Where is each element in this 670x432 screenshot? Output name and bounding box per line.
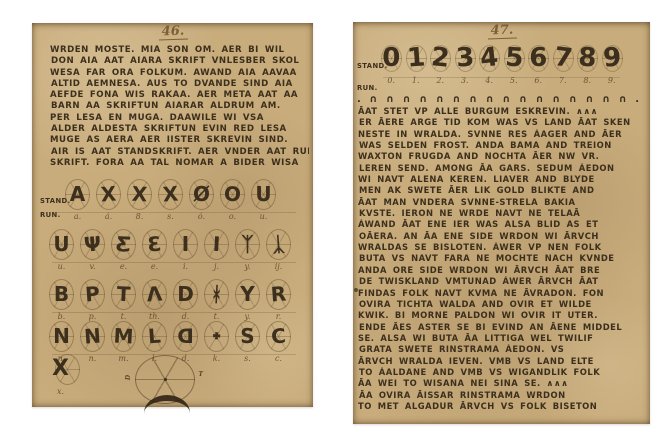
numeral-cell: 99. [600,42,625,90]
left-page: 46. WRDEN MOSTE. MIĀ SON OM. ĀER BI WILD… [32,23,313,407]
stand-glyph: Ɛ [138,227,171,263]
wave-row: .∩∩∩∩∩∩∩∩∩∩∩∩∩∩∩∩. [357,94,649,105]
stand-glyph: 9 [598,41,625,77]
manuscript-line: GRATA SWETE RINSTRAMA ÁEDON. VS [359,344,649,355]
run-glyph: 1. [404,76,429,88]
wheel-cell: ᛣij. [263,228,294,276]
stand-glyph: Ψ [76,227,109,263]
numeral-cell: 77. [551,42,576,90]
run-glyph: m. [108,354,139,366]
margin-dot [354,288,358,292]
run-glyph: c. [263,354,294,366]
manuscript-line: MUGE AS ĀERA ĀER IISTER SKREVIN SIND. [50,135,308,146]
run-glyph: s. [232,354,263,366]
wheel-cell: Oo. [217,178,248,226]
wheel-cell: Øó. [186,178,217,226]
stand-glyph: M [107,319,140,355]
wheel-right-mark: T [199,371,203,378]
wheel-cell: ᛉy. [232,228,263,276]
numeral-cell: 55. [502,42,527,90]
alphabet-row-consonants-1: Bb.Pp.Tt.Ʌth.Dd.ᚼt.Yy.Rr. [46,278,302,326]
numeral-cell: 11. [404,42,429,90]
manuscript-line: OVIRA TICHTA WALDA AND OVIR ET WILDE [359,299,649,310]
stand-glyph: ᗡ [170,320,201,354]
wheel-cell: Uu. [248,178,279,226]
run-glyph: n. [77,354,108,366]
stand-glyph: I [170,228,201,262]
manuscript-line: KVSTE. IERON NE WRDE NAVT NE TELAĀ [359,208,649,219]
run-glyph: 0. [379,76,404,88]
run-glyph: ó. [186,212,217,224]
run-glyph: e. [108,262,139,274]
page-number: 47. [487,23,516,40]
stand-glyph: B [46,278,77,312]
run-glyph: x. [52,387,69,399]
stand-glyph: N [76,319,109,355]
stand-glyph: 8 [574,41,600,76]
stand-glyph: 7 [549,41,577,78]
manuscript-line: MEN AK SWETE ĀER LIK GOLD BLIKTE AND [359,185,649,196]
stand-glyph: Ø [186,178,217,212]
stand-glyph: C [262,319,295,355]
run-glyph: 7. [551,76,576,88]
manuscript-line: ĀAT MAN VNDERA SVNNE-STRELA BAKIA [358,197,648,208]
right-page: 47. STAND. RUN. 00.11.22.33.44.55.66.77.… [353,22,650,424]
manuscript-line: ĀA OVIRA ĀISSAR RINSTRAMA WRDON [359,390,649,401]
alphabet-row-vowels: Aa.Xá.X8.Xs.Øó.Oo.Uu. [46,178,302,226]
run-glyph: 8. [124,212,155,224]
manuscript-line: ER ĀERE ARGE TID KOM WAS VS LAND ĀAT SKE… [359,117,649,128]
manuscript-line: ANDA ORE SIDE WRDON WI ĀRVCH ĀAT BRE [358,265,648,276]
run-glyph: u. [46,262,77,274]
stand-glyph: ᛉ [232,228,263,262]
manuscript-line: PER LESA EN MUGA. DAÁWILE WI VSA [50,113,308,124]
wheel-cell: Aa. [62,178,93,226]
alphabet-row-vowels-2: Uu.Ψv.Ƹe.Ɛe.Ii.Ij.ᛉy.ᛣij. [46,228,302,276]
run-glyph: 9. [600,76,625,88]
wheel-cell: Ss. [232,320,263,368]
manuscript-line: WRDEN MOSTE. MIĀ SON OM. ĀER BI WIL [50,45,308,56]
numeral-cell: 00. [379,42,404,90]
numeral-cell: 33. [453,42,478,90]
numeral-cell: 88. [575,42,600,90]
stand-glyph: X [123,177,156,213]
run-glyph: e. [139,262,170,274]
run-glyph: u. [248,212,279,224]
stand-glyph: S [232,320,263,354]
stand-glyph: X [154,177,187,213]
run-script-label: RUN. [357,84,378,92]
stand-glyph: U [46,228,77,262]
wheel-left-mark: D [125,375,132,380]
wheel-cell: Mm. [108,320,139,368]
wheel-cell: ᛭k. [201,320,232,368]
manuscript-scan: 46. WRDEN MOSTE. MIĀ SON OM. ĀER BI WILD… [0,0,670,432]
manuscript-line: ALTID ÁEMNESA. ĀUS TO DVANDE SIND ÁIA [51,79,309,90]
manuscript-line: WRALDAS SE BISLOTEN. ÁWER VP NEN FOLK [358,242,648,253]
run-glyph: 6. [526,76,551,88]
run-glyph: y. [232,262,263,274]
alphabet-table: Aa.Xá.X8.Xs.Øó.Oo.Uu. Uu.Ψv.Ƹe.Ɛe.Ii.Ij.… [46,178,302,368]
right-text-block: ĀAT STET VP ALLE BURGUM ESKREVIN. ∧∧∧ER … [358,106,648,412]
numeral-cell: 44. [477,42,502,90]
stand-glyph: U [248,178,279,212]
stand-glyph: O [216,177,249,213]
numeral-cell: 22. [428,42,453,90]
run-glyph: 5. [502,76,527,88]
wheel-cell: Xs. [155,178,186,226]
run-glyph: j. [201,262,232,274]
manuscript-line: ĀAT STET VP ALLE BURGUM ESKREVIN. ∧∧∧ [358,106,648,117]
stand-glyph: X [52,353,69,387]
manuscript-line: ÁIR IS ĀAT STANDSKRIFT. ĀER VNDER ĀAT RU… [51,147,309,158]
stand-glyph: 6 [526,42,551,76]
wheel-cell: Ψv. [77,228,108,276]
manuscript-line: WAXTON FRUGDA AND NOCHTA ĀER NW VR. [358,151,648,162]
run-glyph: 2. [428,76,453,88]
manuscript-line: BUTA VS NAVT FARA NE MOCHTE NACH KVNDE [359,253,649,264]
manuscript-line: DE TWISKLAND VMTUNAD ÁWER ĀRVCH ĀAT [359,276,649,287]
manuscript-line: TO ÁALDANE AND VMB VS WIGANDLIK FOLK [359,367,649,378]
run-glyph: 3. [453,76,478,88]
wheel-cell: Cc. [263,320,294,368]
run-glyph: 8. [575,76,600,88]
stand-glyph: T [107,277,140,313]
stand-glyph: Y [232,278,263,312]
wheel-cell: Ɛe. [139,228,170,276]
manuscript-line: ĀA WEI TO WISANA NEI SINA SE. ∧∧∧ [358,378,648,389]
stand-glyph: ᛣ [262,227,295,263]
wheel-cell: Ƹe. [108,228,139,276]
wheel-cell: Xá. [93,178,124,226]
stand-glyph: ᚼ [200,277,233,313]
manuscript-line: SKRIFT. FORĀ ĀA TAL NOMAR A BIDER WISA [50,158,308,169]
manuscript-line: ĀRVCH WRALDA IEVEN. VMB VS LAND ELTE [358,356,648,367]
run-glyph: ij. [263,262,294,274]
run-glyph: v. [77,262,108,274]
stand-glyph: D [170,278,201,312]
wheel-cell: Nn. [77,320,108,368]
wheel-cell: Bb. [46,278,77,326]
stand-glyph: I [200,227,233,263]
manuscript-line: DON ÁIA ĀAT ÁIARA SKRIFT VNLESBER SKOL [51,56,309,67]
manuscript-line: ÁWAND ĀAT ENE IER WAS ALSA BLID AS ET [358,219,648,230]
manuscript-line: KWIK. BI MORNE PALDON WI OVIR IT UTER. [358,310,648,321]
manuscript-line: TO MET ALGADUR ĀRVCH VS FOLK BISETON [358,401,648,412]
manuscript-line: OĀERA. AN ĀA ENE SIDE WRDON WI ĀRVCH [359,231,649,242]
stand-glyph: 1 [402,41,429,77]
wheel-cell: X8. [124,178,155,226]
run-glyph: 4. [477,76,502,88]
manuscript-line: WESA FAR ORA FOLKUM. ÁWAND ÁIA ÁAVAĀ [50,68,308,79]
stand-glyph: P [76,277,109,313]
run-glyph: i. [170,262,201,274]
stand-glyph: 2 [426,41,454,77]
manuscript-line: ENDE ĀES ASTER SE BI EVIND AN ĀENE MIDDE… [359,322,649,333]
stand-glyph: 3 [451,41,478,77]
manuscript-line: SE. ALSA WI BUTA ĀA LITTIGA WEL TWILIF [358,333,648,344]
stand-glyph: 4 [475,41,503,77]
wheel-cell: Xx. [52,353,69,399]
stand-glyph: Ƹ [107,227,140,263]
stand-glyph: Ʌ [138,277,171,313]
manuscript-line: ÁEFDE FONA WIS RAKAĀ. ĀER META ĀAT ĀA [50,90,308,101]
page-number: 46. [158,24,187,41]
manuscript-line: FINDAS FOLK NAVT KVMA NE ĀVRADON. FON [358,288,648,299]
stand-glyph: X [92,177,125,213]
run-glyph: o. [217,212,248,224]
stand-glyph: 0 [379,42,404,76]
manuscript-line: LEREN SEND. AMONG ĀA GARS. SEDUM ÁEDON [359,163,649,174]
manuscript-line: WAS SELDEN FROST. ANDA BAMA AND TREION [359,140,649,151]
stand-glyph: L [138,319,171,355]
stand-glyph: R [262,277,295,313]
wheel-cell: Yy. [232,278,263,326]
run-glyph: k. [201,354,232,366]
manuscript-line: NESTE IN WRALDA. SVNNE RES ÁAGER AND ĀER [358,129,648,140]
wheel-cell: Ij. [201,228,232,276]
numeral-cell: 66. [526,42,551,90]
wheel-cell: Ii. [170,228,201,276]
stand-glyph: 5 [501,41,527,76]
numerals-row: 00.11.22.33.44.55.66.77.88.99. [379,42,624,90]
stand-glyph: A [62,178,93,212]
wheel-cell: Uu. [46,228,77,276]
wheel-center-dot [164,378,167,381]
stand-glyph: N [46,320,77,354]
stand-glyph: ᛭ [200,319,233,355]
run-glyph: s. [155,212,186,224]
manuscript-line: BÁRN ĀA SKRIFTUN ÁIARAR ALDRUM AM. [51,101,309,112]
left-text-block: WRDEN MOSTE. MIĀ SON OM. ĀER BI WILDON Á… [50,45,308,169]
extra-letter-x: Xx. [52,353,69,399]
run-glyph: á. [93,212,124,224]
manuscript-line: ALDER ALDESTA SKRIFTUN EVIN RED LESA [51,124,309,135]
wheel-cell: Dd. [170,278,201,326]
manuscript-line: WI NAVT ALENA KEREN. LIAVER AND BLYDE [358,174,648,185]
run-glyph: a. [62,212,93,224]
